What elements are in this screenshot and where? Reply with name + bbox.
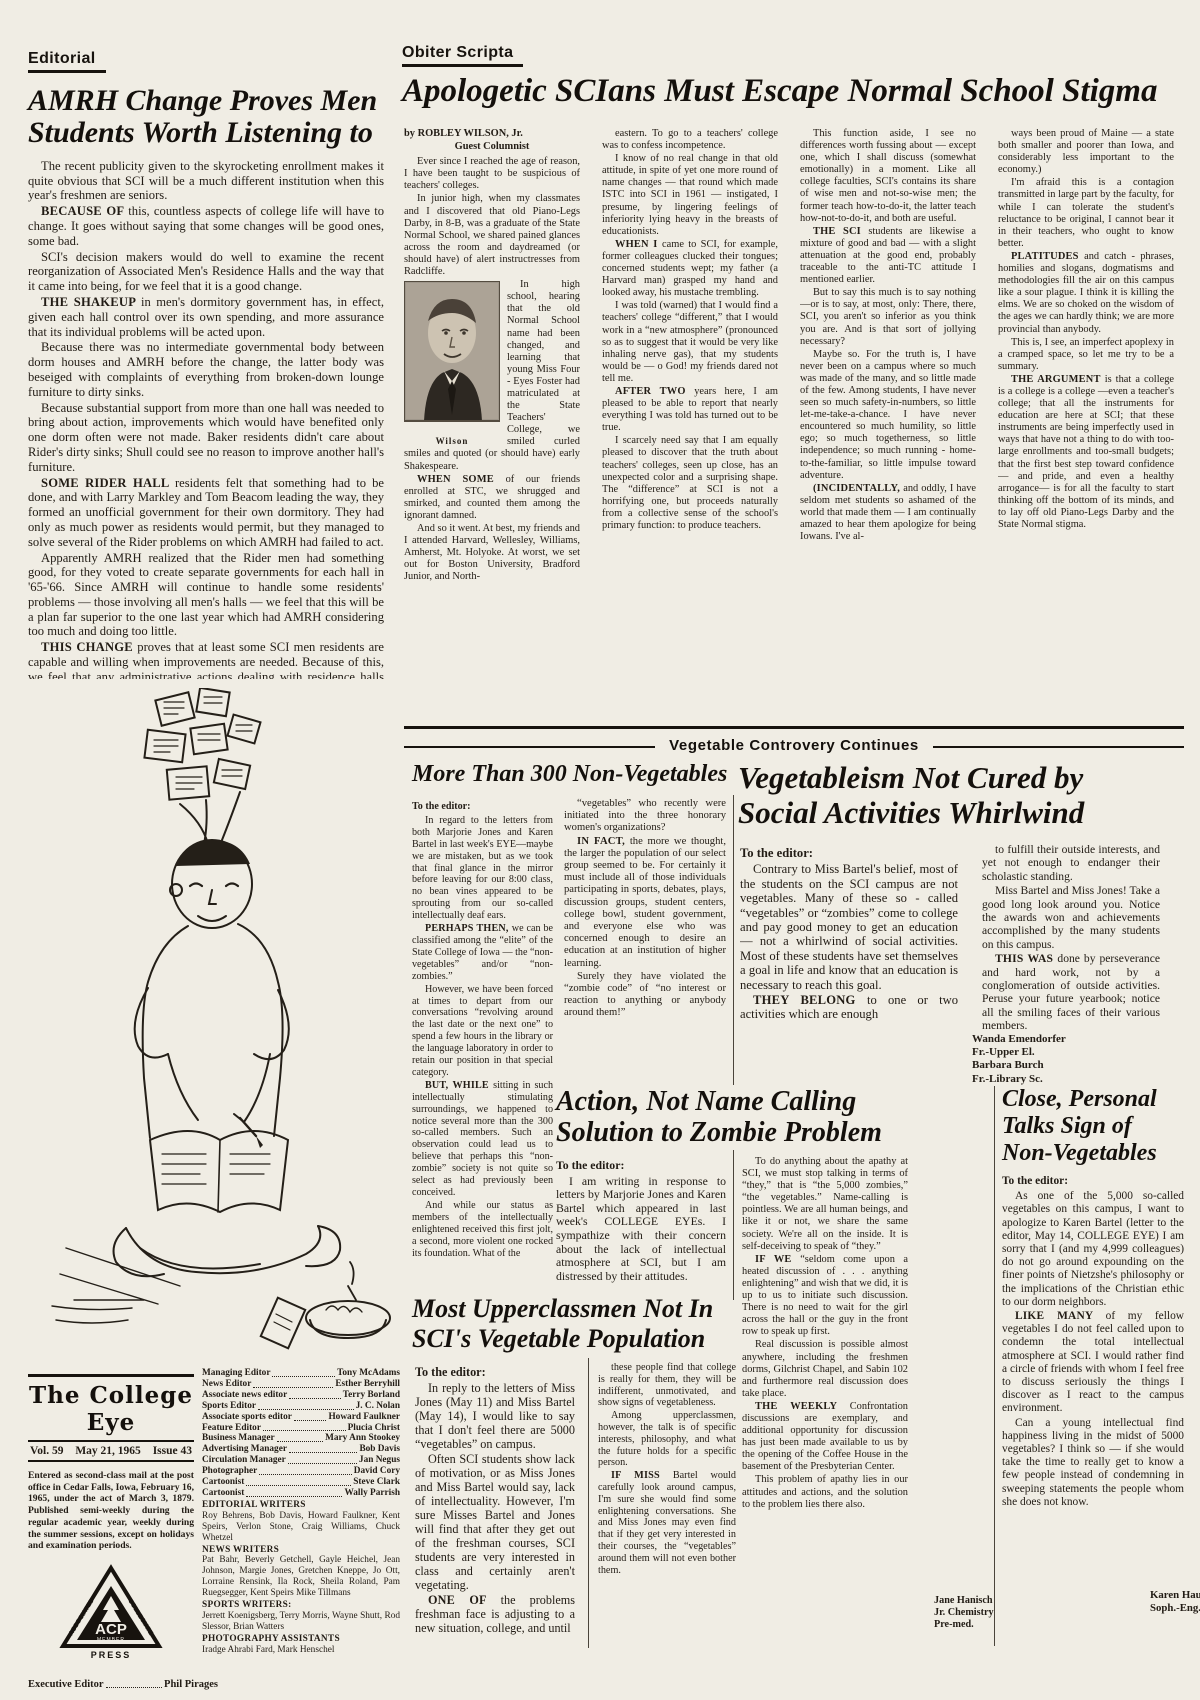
- staff-role-line: Executive EditorPhil Pirages: [28, 1679, 218, 1690]
- paragraph: AFTER TWO years here, I am pleased to be…: [602, 386, 778, 434]
- paragraph: In reply to the letters of Miss Jones (M…: [415, 1381, 575, 1451]
- paragraph: to fulfill their outside interests, and …: [982, 843, 1160, 883]
- paragraph: The recent publicity given to the skyroc…: [28, 159, 384, 203]
- most-upper-headline: Most Upperclassmen Not InSCI's Vegetable…: [412, 1294, 742, 1353]
- paragraph: But to say this much is to say nothing—o…: [800, 287, 976, 347]
- obiter-col-2: eastern. To go to a teachers' college wa…: [602, 128, 778, 710]
- paragraph: “vegetables” who recently were initiated…: [564, 798, 726, 835]
- paragraph: LIKE MANY of my fellow vegetables I do n…: [1002, 1310, 1184, 1416]
- paragraph: I'm afraid this is a contagion transmitt…: [998, 177, 1174, 250]
- banner-title: Vegetable Controvery Continues: [669, 738, 919, 753]
- paragraph: ONE OF the problems freshman face is adj…: [415, 1593, 575, 1635]
- text-line: Talks Sign of: [1002, 1113, 1187, 1140]
- more300-salutation: To the editor:: [412, 801, 553, 813]
- action-salutation: To the editor:: [556, 1159, 726, 1173]
- obiter-col-1: by ROBLEY WILSON, Jr. Guest Columnist Ev…: [404, 128, 580, 710]
- paragraph: THE ARGUMENT is that a college is a coll…: [998, 374, 1174, 531]
- paragraph: ways been proud of Maine — a state both …: [998, 128, 1174, 176]
- divider-action-cols: [733, 1150, 734, 1300]
- text-line: Action, Not Name Calling: [556, 1086, 916, 1117]
- executive-editor-line: Executive EditorPhil Pirages: [28, 1679, 218, 1690]
- volume-row: Vol. 59 May 21, 1965 Issue 43: [28, 1442, 194, 1460]
- text-line: Students Worth Listening to: [28, 117, 384, 149]
- action-col-2: To do anything about the apathy at SCI, …: [742, 1156, 908, 1584]
- more300-col1-text: In regard to the letters from both Marjo…: [412, 815, 553, 1260]
- staff-role-line: Associate sports editorHoward Faulkner: [202, 1412, 400, 1423]
- text-line: SCI's Vegetable Population: [412, 1324, 742, 1354]
- staff-role-line: CartoonistWally Parrish: [202, 1488, 400, 1499]
- text-line: Social Activities Whirlwind: [738, 795, 1188, 830]
- paragraph: As one of the 5,000 so-called vegetables…: [1002, 1190, 1184, 1309]
- paragraph: BECAUSE OF this, countless aspects of co…: [28, 204, 384, 248]
- svg-text:MEMBER: MEMBER: [97, 1637, 125, 1643]
- obiter-col-4: ways been proud of Maine — a state both …: [998, 128, 1174, 710]
- staff-role-line: Circulation ManagerJan Negus: [202, 1455, 400, 1466]
- paragraph: BUT, WHILE sitting in such intellectuall…: [412, 1080, 553, 1199]
- vegetable-section-banner: Vegetable Controvery Continues: [404, 726, 1184, 753]
- paragraph: THE SCI students are likewise a mixture …: [800, 226, 976, 286]
- masthead-block: The College Eye Vol. 59 May 21, 1965 Iss…: [28, 1374, 194, 1690]
- more300-col-2: “vegetables” who recently were initiated…: [564, 798, 726, 1048]
- paragraph: I scarcely need say that I am equally pl…: [602, 435, 778, 532]
- paragraph: Can a young intellectual find happiness …: [1002, 1417, 1184, 1509]
- close-personal-salutation: To the editor:: [1002, 1175, 1184, 1188]
- paragraph: In regard to the letters from both Marjo…: [412, 815, 553, 922]
- nameplate-bottom-rule: [28, 1460, 194, 1462]
- paragraph: THIS CHANGE proves that at least some SC…: [28, 640, 384, 679]
- second-class-notice: Entered as second-class mail at the post…: [28, 1470, 194, 1552]
- paragraph: Real discussion is possible almost anywh…: [742, 1339, 908, 1399]
- nameplate: The College Eye: [28, 1377, 194, 1440]
- staff-role-line: News EditorEsther Berryhill: [202, 1379, 400, 1390]
- editorial-section: Editorial AMRH Change Proves MenStudents…: [28, 50, 384, 679]
- paragraph: IF MISS Bartel would carefully look arou…: [598, 1470, 736, 1576]
- obiter-section: Obiter Scripta Apologetic SCIans Must Es…: [402, 44, 1184, 109]
- paragraph: Contrary to Miss Bartel's belief, most o…: [740, 862, 958, 992]
- obiter-col1-after: WHEN SOME of our friends enrolled at STC…: [404, 474, 580, 584]
- most-upper-signature: Jane HanischJr. ChemistryPre-med.: [598, 1595, 1072, 1632]
- paragraph: And while our status as members of the i…: [412, 1200, 553, 1260]
- most-upper-col-1: To the editor: In reply to the letters o…: [415, 1362, 575, 1662]
- divider-mostupper-cols: [588, 1358, 589, 1648]
- obiter-col1-before: Ever since I reached the age of reason, …: [404, 156, 580, 278]
- banner-top-rule: [404, 726, 1184, 729]
- paragraph: PLATITUDES and catch - phrases, homilies…: [998, 251, 1174, 336]
- newspaper-page: Editorial AMRH Change Proves MenStudents…: [0, 0, 1200, 1700]
- staff-box: Managing EditorTony McAdamsNews EditorEs…: [202, 1368, 400, 1656]
- staff-group-names: Iradge Ahrabi Fard, Mark Henschel: [202, 1645, 400, 1656]
- divider-action-close: [994, 1086, 995, 1646]
- editorial-headline: AMRH Change Proves MenStudents Worth Lis…: [28, 85, 384, 150]
- more300-col-1: To the editor: In regard to the letters …: [412, 798, 553, 1310]
- svg-text:PRESS: PRESS: [91, 1650, 132, 1660]
- staff-role-line: Feature EditorPlucia Christ: [202, 1423, 400, 1434]
- paragraph: THIS WAS done by perseverance and hard w…: [982, 952, 1160, 1032]
- text-line: Vegetableism Not Cured by: [738, 760, 1188, 795]
- vegetableism-col-2: to fulfill their outside interests, and …: [982, 843, 1160, 1055]
- staff-role-line: Advertising ManagerBob Davis: [202, 1444, 400, 1455]
- wilson-photo-caption: Wilson: [404, 436, 500, 446]
- staff-group-names: Pat Bahr, Beverly Getchell, Gayle Heiche…: [202, 1555, 400, 1599]
- staff-group-title: SPORTS WRITERS:: [202, 1600, 400, 1611]
- vegetableism-col1-text: Contrary to Miss Bartel's belief, most o…: [740, 862, 958, 1021]
- vegetableism-signature: Joann NisulaFr.-El Ed.: [982, 1051, 1200, 1077]
- text-line: Jr. Chemistry: [934, 1607, 1072, 1619]
- action-col-1: To the editor: I am writing in response …: [556, 1156, 726, 1296]
- paragraph: PERHAPS THEN, we can be classified among…: [412, 923, 553, 983]
- obiter-byline: by ROBLEY WILSON, Jr.: [404, 128, 580, 140]
- close-personal-col: To the editor: As one of the 5,000 so-ca…: [1002, 1172, 1184, 1612]
- paragraph: Because substantial support from more th…: [28, 401, 384, 475]
- staff-group-title: EDITORIAL WRITERS: [202, 1500, 400, 1511]
- issue-date: May 21, 1965: [75, 1445, 140, 1457]
- paragraph: Among upperclassmen, however, the talk i…: [598, 1410, 736, 1469]
- divider-more300-veg: [733, 795, 734, 1085]
- paragraph: This problem of apathy lies in our attit…: [742, 1474, 908, 1510]
- paragraph: THEY BELONG to one or two activities whi…: [740, 993, 958, 1021]
- staff-role-line: CartoonistSteve Clark: [202, 1477, 400, 1488]
- paragraph: SCI's decision makers would do well to e…: [28, 250, 384, 294]
- paragraph: Ever since I reached the age of reason, …: [404, 156, 580, 192]
- vegetableism-salutation: To the editor:: [740, 846, 958, 860]
- paragraph: However, we have been forced at times to…: [412, 984, 553, 1079]
- reading-student-cartoon: [30, 688, 410, 1360]
- paragraph: IN FACT, the more we thought, the larger…: [564, 836, 726, 970]
- paragraph: SOME RIDER HALL residents felt that some…: [28, 476, 384, 550]
- staff-role-line: Sports EditorJ. C. Nolan: [202, 1401, 400, 1412]
- volume-number: Vol. 59: [30, 1445, 63, 1457]
- most-upper-col1-text: In reply to the letters of Miss Jones (M…: [415, 1381, 575, 1635]
- editorial-kicker: Editorial: [28, 51, 106, 73]
- issue-number: Issue 43: [153, 1445, 192, 1457]
- cartoon-drawing: [30, 688, 410, 1360]
- banner-left-rule: [404, 746, 655, 748]
- text-line: Close, Personal: [1002, 1086, 1187, 1113]
- staff-roles: Managing EditorTony McAdamsNews EditorEs…: [202, 1368, 400, 1499]
- staff-group-names: Roy Behrens, Bob Davis, Howard Faulkner,…: [202, 1511, 400, 1544]
- paragraph: I was told (warned) that I would find a …: [602, 300, 778, 385]
- paragraph: Maybe so. For the truth is, I have never…: [800, 349, 976, 482]
- paragraph: WHEN I came to SCI, for example, former …: [602, 239, 778, 299]
- paragraph: I am writing in response to letters by M…: [556, 1175, 726, 1284]
- text-line: Solution to Zombie Problem: [556, 1117, 916, 1148]
- paragraph: eastern. To go to a teachers' college wa…: [602, 128, 778, 152]
- paragraph: these people find that college is really…: [598, 1362, 736, 1409]
- close-personal-headline: Close, PersonalTalks Sign ofNon-Vegetabl…: [1002, 1086, 1187, 1167]
- staff-group-title: PHOTOGRAPHY ASSISTANTS: [202, 1634, 400, 1645]
- staff-role-line: Business ManagerMary Ann Stookey: [202, 1433, 400, 1444]
- obiter-col-3: This function aside, I see no difference…: [800, 128, 976, 710]
- text-line: Jane Hanisch: [934, 1595, 1072, 1607]
- paragraph: Because there was no intermediate govern…: [28, 340, 384, 399]
- svg-text:ACP: ACP: [95, 1621, 127, 1638]
- close-personal-text: As one of the 5,000 so-called vegetables…: [1002, 1190, 1184, 1509]
- paragraph: This is, I see, an imperfect apoplexy in…: [998, 337, 1174, 373]
- more300-headline: More Than 300 Non-Vegetables: [412, 762, 742, 786]
- text-line: Non-Vegetables: [1002, 1140, 1187, 1167]
- paragraph: In junior high, when my classmates and I…: [404, 193, 580, 278]
- paragraph: (INCIDENTALLY, and oddly, I have seldom …: [800, 483, 976, 543]
- paragraph: To do anything about the apathy at SCI, …: [742, 1156, 908, 1253]
- paragraph: And so it went. At best, my friends and …: [404, 523, 580, 583]
- text-line: Most Upperclassmen Not In: [412, 1294, 742, 1324]
- acp-press-logo-icon: ACP MEMBER ASSOCIATED COLLEGIATE PRESS: [59, 1562, 163, 1666]
- staff-groups: EDITORIAL WRITERSRoy Behrens, Bob Davis,…: [202, 1500, 400, 1656]
- paragraph: Surely they have violated the “zombie co…: [564, 971, 726, 1020]
- paragraph: THE SHAKEUP in men's dormitory governmen…: [28, 295, 384, 339]
- text-line: AMRH Change Proves Men: [28, 85, 384, 117]
- obiter-headline: Apologetic SCIans Must Escape Normal Sch…: [402, 75, 1184, 109]
- paragraph: Apparently AMRH realized that the Rider …: [28, 551, 384, 640]
- wilson-photo: Wilson: [404, 281, 500, 446]
- vegetableism-col-1: To the editor: Contrary to Miss Bartel's…: [740, 843, 958, 1021]
- paragraph: Often SCI students show lack of motivati…: [415, 1452, 575, 1592]
- obiter-byline2: Guest Columnist: [404, 141, 580, 153]
- banner-right-rule: [933, 746, 1184, 748]
- most-upper-col-2: these people find that college is really…: [598, 1362, 736, 1590]
- staff-role-line: Managing EditorTony McAdams: [202, 1368, 400, 1379]
- obiter-columns: by ROBLEY WILSON, Jr. Guest Columnist Ev…: [404, 128, 1174, 710]
- paragraph: THE WEEKLY Confrontation discussions are…: [742, 1401, 908, 1474]
- vegetableism-headline: Vegetableism Not Cured bySocial Activiti…: [738, 760, 1188, 830]
- staff-role-line: Associate news editorTerry Borland: [202, 1390, 400, 1401]
- action-col1-text: I am writing in response to letters by M…: [556, 1175, 726, 1284]
- paragraph: I know of no real change in that old att…: [602, 153, 778, 238]
- wilson-portrait-image: [404, 281, 500, 431]
- editorial-body: The recent publicity given to the skyroc…: [28, 159, 384, 679]
- staff-group-title: NEWS WRITERS: [202, 1545, 400, 1556]
- paragraph: IF WE “seldom come upon a heated discuss…: [742, 1254, 908, 1339]
- paragraph: Miss Bartel and Miss Jones! Take a good …: [982, 884, 1160, 951]
- staff-group-names: Jerrett Koenigsberg, Terry Morris, Wayne…: [202, 1611, 400, 1633]
- obiter-kicker: Obiter Scripta: [402, 45, 523, 67]
- most-upper-salutation: To the editor:: [415, 1365, 575, 1379]
- acp-logo: ACP MEMBER ASSOCIATED COLLEGIATE PRESS: [28, 1562, 194, 1671]
- staff-role-line: PhotographerDavid Cory: [202, 1466, 400, 1477]
- text-line: Pre-med.: [934, 1619, 1072, 1631]
- paragraph: This function aside, I see no difference…: [800, 128, 976, 225]
- action-headline: Action, Not Name CallingSolution to Zomb…: [556, 1086, 916, 1149]
- paragraph: WHEN SOME of our friends enrolled at STC…: [404, 474, 580, 522]
